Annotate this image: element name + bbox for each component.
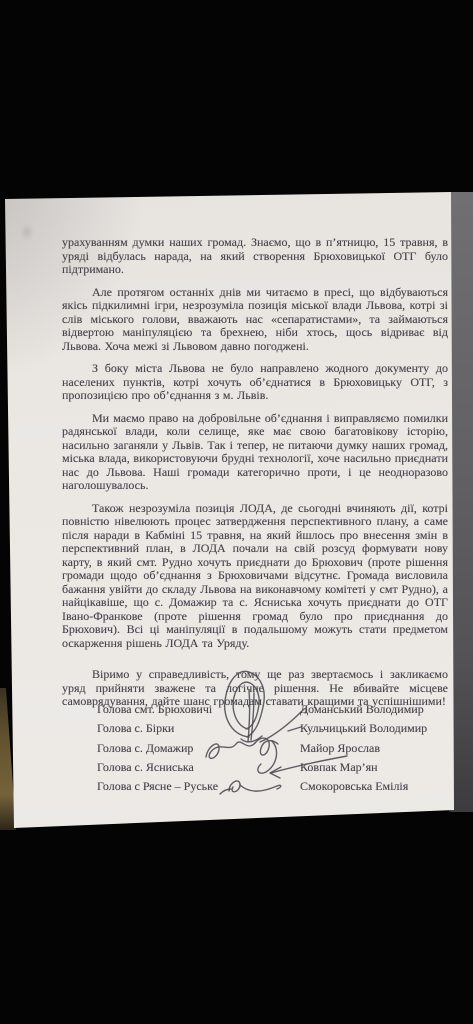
paragraph-1: урахуванням думки наших громад. Знаємо, … xyxy=(62,236,448,277)
signer-name: Майор Ярослав xyxy=(300,739,380,758)
paragraph-5: Також незрозуміла позиція ЛОДА, де сього… xyxy=(62,502,448,651)
signer-title: Голова с. Бірки xyxy=(97,721,174,735)
signature-row: Голова с Рясне – Руське Смокоровська Емі… xyxy=(97,777,427,796)
signer-name: Доманський Володимир xyxy=(300,700,424,719)
signer-name: Кульчицький Володимир xyxy=(300,719,427,738)
signer-title: Голова с. Домажир xyxy=(97,741,193,755)
signer-title: Голова с Рясне – Руське xyxy=(97,779,218,793)
signature-row: Голова смт. Брюховичі Доманський Володим… xyxy=(97,700,427,719)
document-page: урахуванням думки наших громад. Знаємо, … xyxy=(0,0,473,1024)
signer-name: Ковпак Мар’ян xyxy=(300,758,378,777)
signature-block: Голова смт. Брюховичі Доманський Володим… xyxy=(97,700,427,796)
paragraph-3: З боку міста Львова не було направлено ж… xyxy=(62,362,448,403)
paragraph-2: Але протягом останніх днів ми читаємо в … xyxy=(62,286,448,354)
signer-title: Голова смт. Брюховичі xyxy=(97,702,212,716)
signature-row: Голова с. Домажир Майор Ярослав xyxy=(97,739,427,758)
paper-smudge xyxy=(18,220,36,244)
signature-row: Голова с. Бірки Кульчицький Володимир xyxy=(97,719,427,738)
signer-name: Смокоровська Емілія xyxy=(300,777,408,796)
paragraph-4: Ми маємо право на добровільне об’єднання… xyxy=(62,412,448,493)
document-text: урахуванням думки наших громад. Знаємо, … xyxy=(62,236,448,718)
photo-of-document: урахуванням думки наших громад. Знаємо, … xyxy=(0,0,473,1024)
signer-title: Голова с. Ясниська xyxy=(97,760,194,774)
signature-row: Голова с. Ясниська Ковпак Мар’ян xyxy=(97,758,427,777)
